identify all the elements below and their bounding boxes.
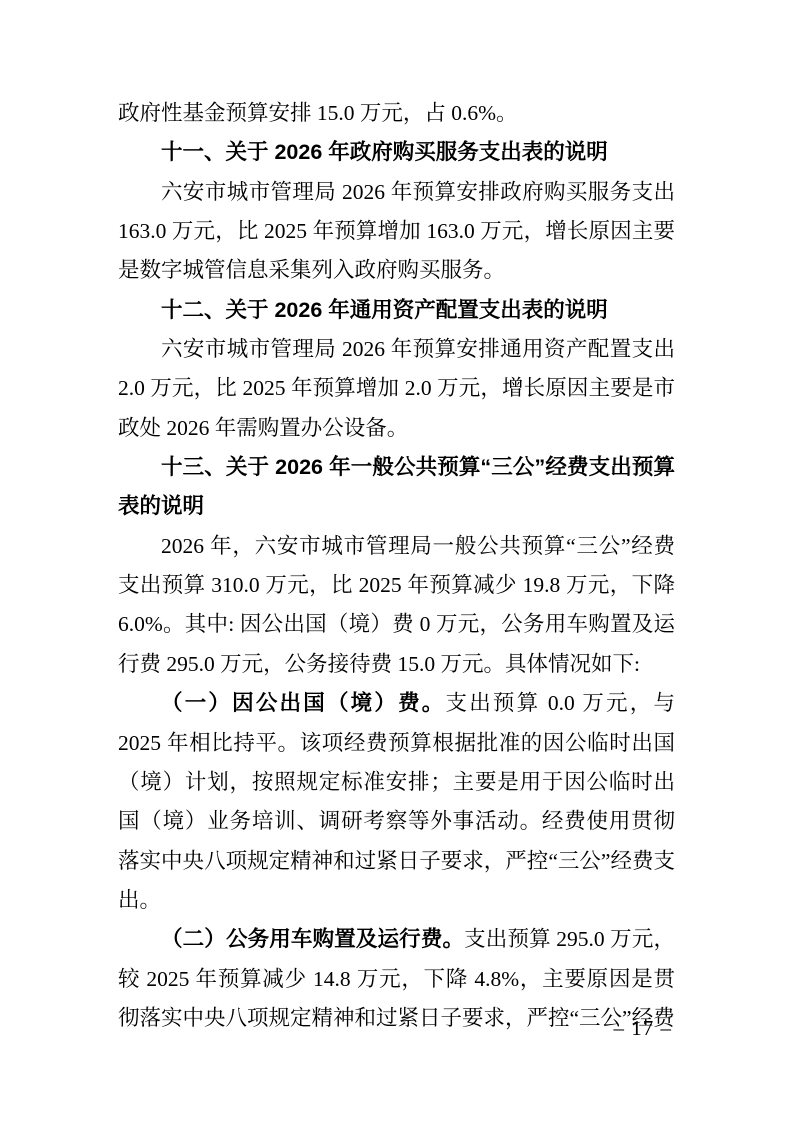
document-body: 政府性基金预算安排 15.0 万元，占 0.6%。 十一、关于 2026 年政府… <box>118 94 675 1038</box>
paragraph-item-1: （一）因公出国（境）费。支出预算 0.0 万元，与 2025 年相比持平。该项经… <box>118 684 675 920</box>
section-heading-12: 十二、关于 2026 年通用资产配置支出表的说明 <box>118 291 675 330</box>
section-heading-11: 十一、关于 2026 年政府购买服务支出表的说明 <box>118 133 675 172</box>
document-page: 政府性基金预算安排 15.0 万元，占 0.6%。 十一、关于 2026 年政府… <box>0 0 793 1122</box>
page-number: – 17 – <box>614 1016 673 1040</box>
paragraph-item-2-lead: （二）公务用车购置及运行费。 <box>161 927 464 951</box>
paragraph-section-12: 六安市城市管理局 2026 年预算安排通用资产配置支出 2.0 万元，比 202… <box>118 330 675 448</box>
paragraph-item-1-text: 支出预算 0.0 万元，与 2025 年相比持平。该项经费预算根据批准的因公临时… <box>118 691 675 912</box>
paragraph-section-11: 六安市城市管理局 2026 年预算安排政府购买服务支出 163.0 万元，比 2… <box>118 173 675 291</box>
paragraph-section-13-summary: 2026 年，六安市城市管理局一般公共预算“三公”经费支出预算 310.0 万元… <box>118 527 675 684</box>
paragraph-continuation: 政府性基金预算安排 15.0 万元，占 0.6%。 <box>118 94 675 133</box>
paragraph-item-1-lead: （一）因公出国（境）费。 <box>161 691 445 715</box>
paragraph-item-2: （二）公务用车购置及运行费。支出预算 295.0 万元，较 2025 年预算减少… <box>118 920 675 1038</box>
section-heading-13: 十三、关于 2026 年一般公共预算“三公”经费支出预算表的说明 <box>118 448 675 527</box>
